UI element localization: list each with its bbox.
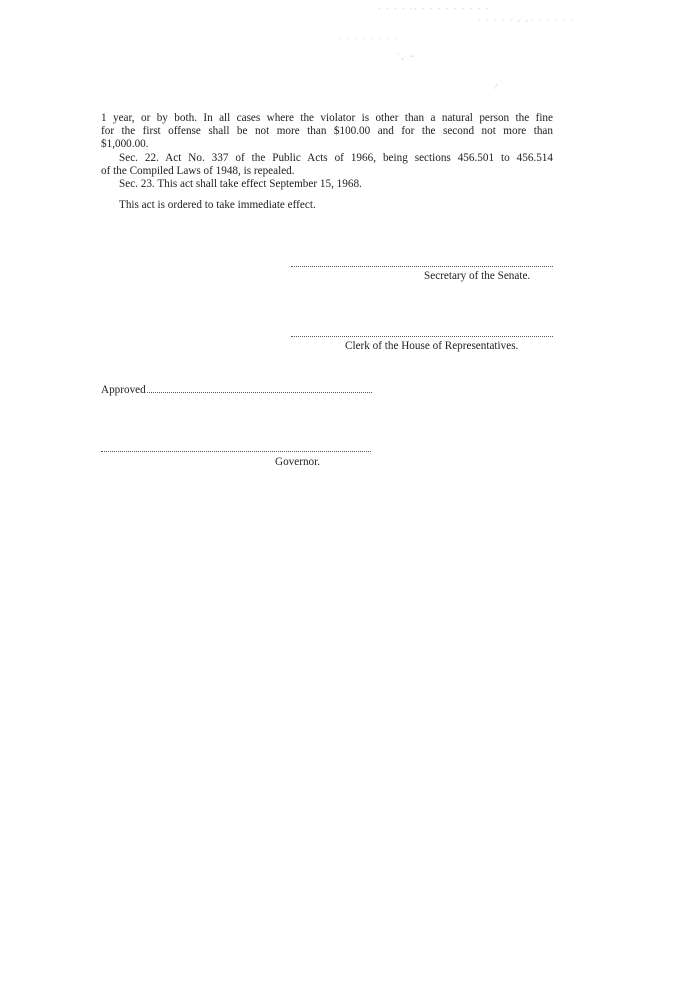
house-signature-line [291, 336, 553, 337]
scan-artifact: `, ~ [397, 52, 416, 61]
scan-artifact: / [495, 82, 499, 91]
document-body: 1 year, or by both. In all cases where t… [101, 112, 553, 212]
approved-label: Approved [101, 384, 146, 396]
governor-signature-title: Governor. [275, 456, 320, 468]
scan-artifact: . . . . ., . . . . . . . . . [378, 2, 490, 11]
approved-row: Approved [101, 384, 372, 396]
approved-dotted-line [147, 392, 372, 393]
senate-signature-line [291, 266, 553, 267]
text-line: of the Compiled Laws of 1948, is repeale… [101, 165, 553, 178]
paragraph-section-22: Sec. 22. Act No. 337 of the Public Acts … [101, 152, 553, 178]
text-line: This act is ordered to take immediate ef… [101, 199, 553, 212]
signature-dotted-line [101, 451, 371, 452]
signature-dotted-line [291, 266, 553, 267]
text-line: Sec. 22. Act No. 337 of the Public Acts … [101, 152, 553, 165]
signature-dotted-line [291, 336, 553, 337]
paragraph-immediate-effect: This act is ordered to take immediate ef… [101, 199, 553, 212]
paragraph-section-23: Sec. 23. This act shall take effect Sept… [101, 178, 553, 191]
senate-signature-title: Secretary of the Senate. [424, 270, 530, 282]
paragraph-penalty: 1 year, or by both. In all cases where t… [101, 112, 553, 152]
text-line: Sec. 23. This act shall take effect Sept… [101, 178, 553, 191]
spacer [101, 191, 553, 199]
scan-artifact: . . . . . . . . [338, 32, 398, 41]
text-line: $1,000.00. [101, 138, 553, 151]
scan-artifact: . . . . . , ,. . . . . . [478, 14, 574, 23]
text-line: 1 year, or by both. In all cases where t… [101, 112, 553, 125]
house-signature-title: Clerk of the House of Representatives. [345, 340, 518, 352]
governor-signature-line [101, 451, 371, 452]
text-line: for the first offense shall be not more … [101, 125, 553, 138]
